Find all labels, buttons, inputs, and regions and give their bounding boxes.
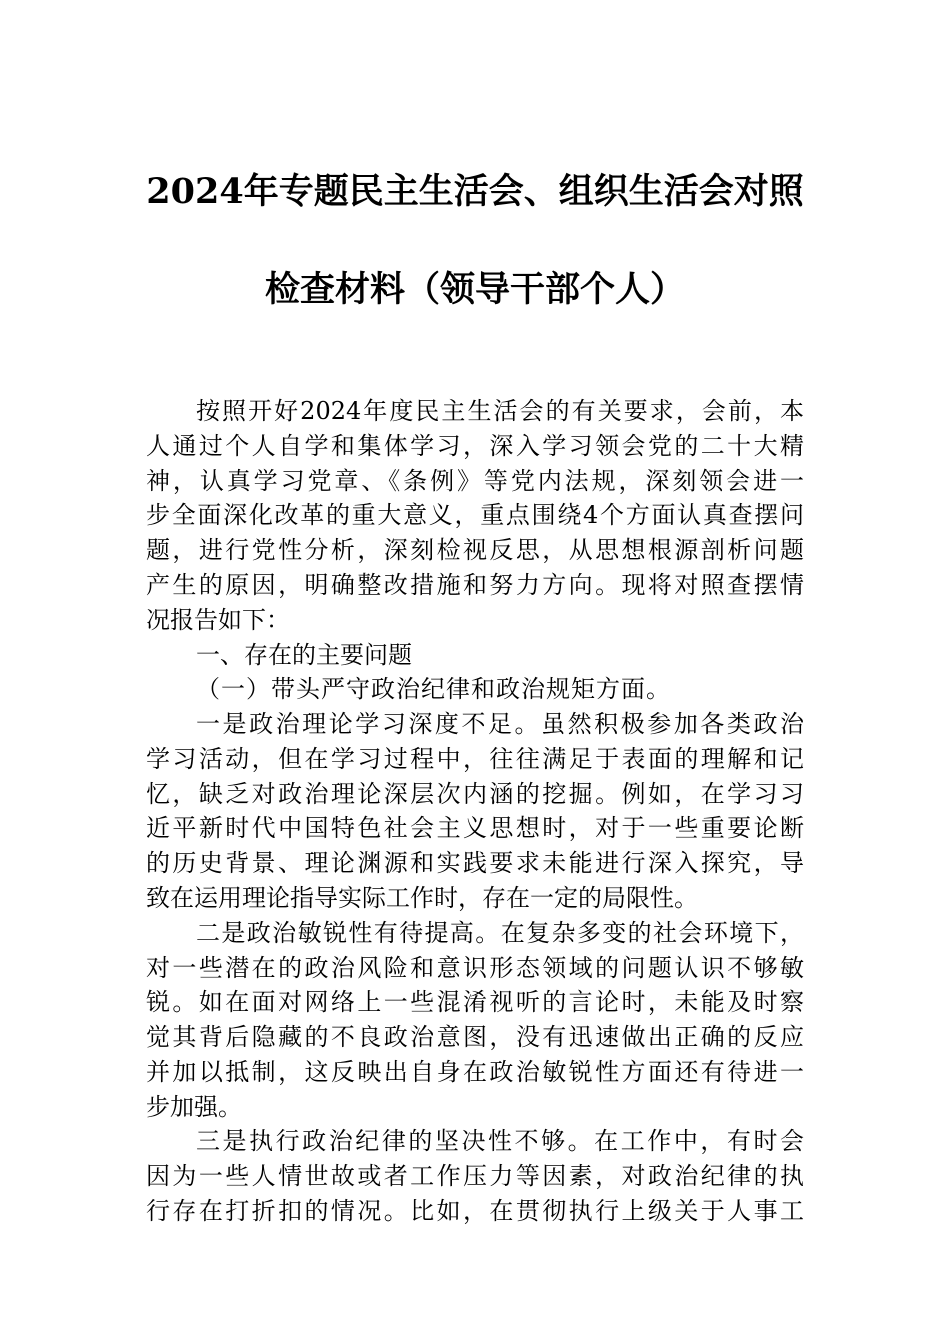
paragraph-2-line: 锐。如在面对网络上一些混淆视听的言论时，未能及时察: [146, 986, 804, 1018]
paragraph-1-line: 一是政治理论学习深度不足。虽然积极参加各类政治: [196, 708, 804, 740]
intro-line: 人通过个人自学和集体学习，深入学习领会党的二十大精: [146, 430, 804, 462]
paragraph-1-line: 学习活动，但在学习过程中，往往满足于表面的理解和记: [146, 743, 804, 775]
paragraph-2-line: 二是政治敏锐性有待提高。在复杂多变的社会环境下，: [196, 917, 804, 949]
section-heading: 一、存在的主要问题: [196, 639, 804, 671]
paragraph-1-line: 忆，缺乏对政治理论深层次内涵的挖掘。例如，在学习习: [146, 778, 804, 810]
paragraph-2-line: 对一些潜在的政治风险和意识形态领域的问题认识不够敏: [146, 952, 804, 984]
paragraph-2-line: 步加强。: [146, 1091, 804, 1123]
intro-line: 神，认真学习党章、《条例》等党内法规，深刻领会进一: [146, 465, 804, 497]
paragraph-3-line: 因为一些人情世故或者工作压力等因素，对政治纪律的执: [146, 1160, 804, 1192]
document-title-line-1: 2024年专题民主生活会、组织生活会对照: [0, 172, 950, 212]
paragraph-1-line: 致在运用理论指导实际工作时，存在一定的局限性。: [146, 882, 804, 914]
paragraph-1-line: 的历史背景、理论渊源和实践要求未能进行深入探究，导: [146, 847, 804, 879]
paragraph-2-line: 并加以抵制，这反映出自身在政治敏锐性方面还有待进一: [146, 1056, 804, 1088]
paragraph-3-line: 行存在打折扣的情况。比如，在贯彻执行上级关于人事工: [146, 1195, 804, 1227]
document-page: 2024年专题民主生活会、组织生活会对照 检查材料（领导干部个人） 按照开好20…: [0, 0, 950, 1344]
paragraph-3-line: 三是执行政治纪律的坚决性不够。在工作中，有时会: [196, 1125, 804, 1157]
intro-line: 步全面深化改革的重大意义，重点围绕4个方面认真查摆问: [146, 499, 804, 531]
subsection-heading: （一）带头严守政治纪律和政治规矩方面。: [196, 673, 854, 705]
intro-line: 产生的原因，明确整改措施和努力方向。现将对照查摆情: [146, 569, 804, 601]
intro-line: 按照开好2024年度民主生活会的有关要求，会前，本: [196, 395, 804, 427]
intro-line: 题，进行党性分析，深刻检视反思，从思想根源剖析问题: [146, 534, 804, 566]
intro-line: 况报告如下：: [146, 604, 804, 636]
document-title-line-2: 检查材料（领导干部个人）: [0, 270, 950, 310]
paragraph-1-line: 近平新时代中国特色社会主义思想时，对于一些重要论断: [146, 812, 804, 844]
paragraph-2-line: 觉其背后隐藏的不良政治意图，没有迅速做出正确的反应: [146, 1021, 804, 1053]
